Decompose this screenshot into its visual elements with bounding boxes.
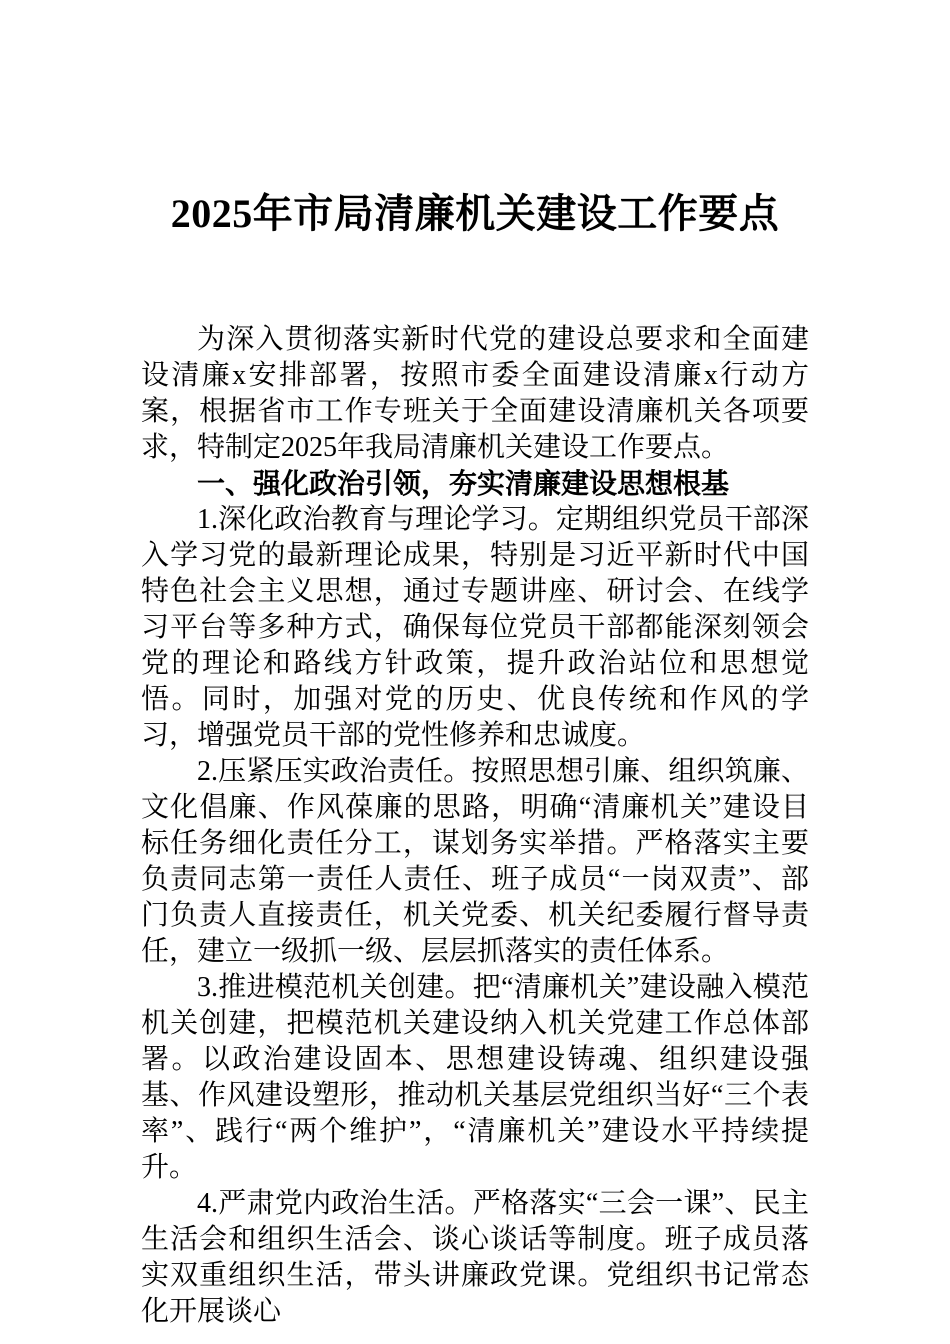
paragraph-item-1: 1.深化政治教育与理论学习。定期组织党员干部深入学习党的最新理论成果，特别是习近…: [141, 502, 809, 754]
document-body: 为深入贯彻落实新时代党的建设总要求和全面建设清廉x安排部署，按照市委全面建设清廉…: [141, 322, 809, 1330]
intro-paragraph: 为深入贯彻落实新时代党的建设总要求和全面建设清廉x安排部署，按照市委全面建设清廉…: [141, 322, 809, 466]
paragraph-item-3: 3.推进模范机关创建。把“清廉机关”建设融入模范机关创建，把模范机关建设纳入机关…: [141, 970, 809, 1186]
section-heading-1: 一、强化政治引领，夯实清廉建设思想根基: [141, 466, 809, 502]
document-page: 2025年市局清廉机关建设工作要点 为深入贯彻落实新时代党的建设总要求和全面建设…: [0, 0, 950, 1344]
paragraph-item-4: 4.严肃党内政治生活。严格落实“三会一课”、民主生活会和组织生活会、谈心谈话等制…: [141, 1186, 809, 1330]
paragraph-item-2: 2.压紧压实政治责任。按照思想引廉、组织筑廉、文化倡廉、作风葆廉的思路，明确“清…: [141, 754, 809, 970]
document-title: 2025年市局清廉机关建设工作要点: [0, 0, 950, 242]
